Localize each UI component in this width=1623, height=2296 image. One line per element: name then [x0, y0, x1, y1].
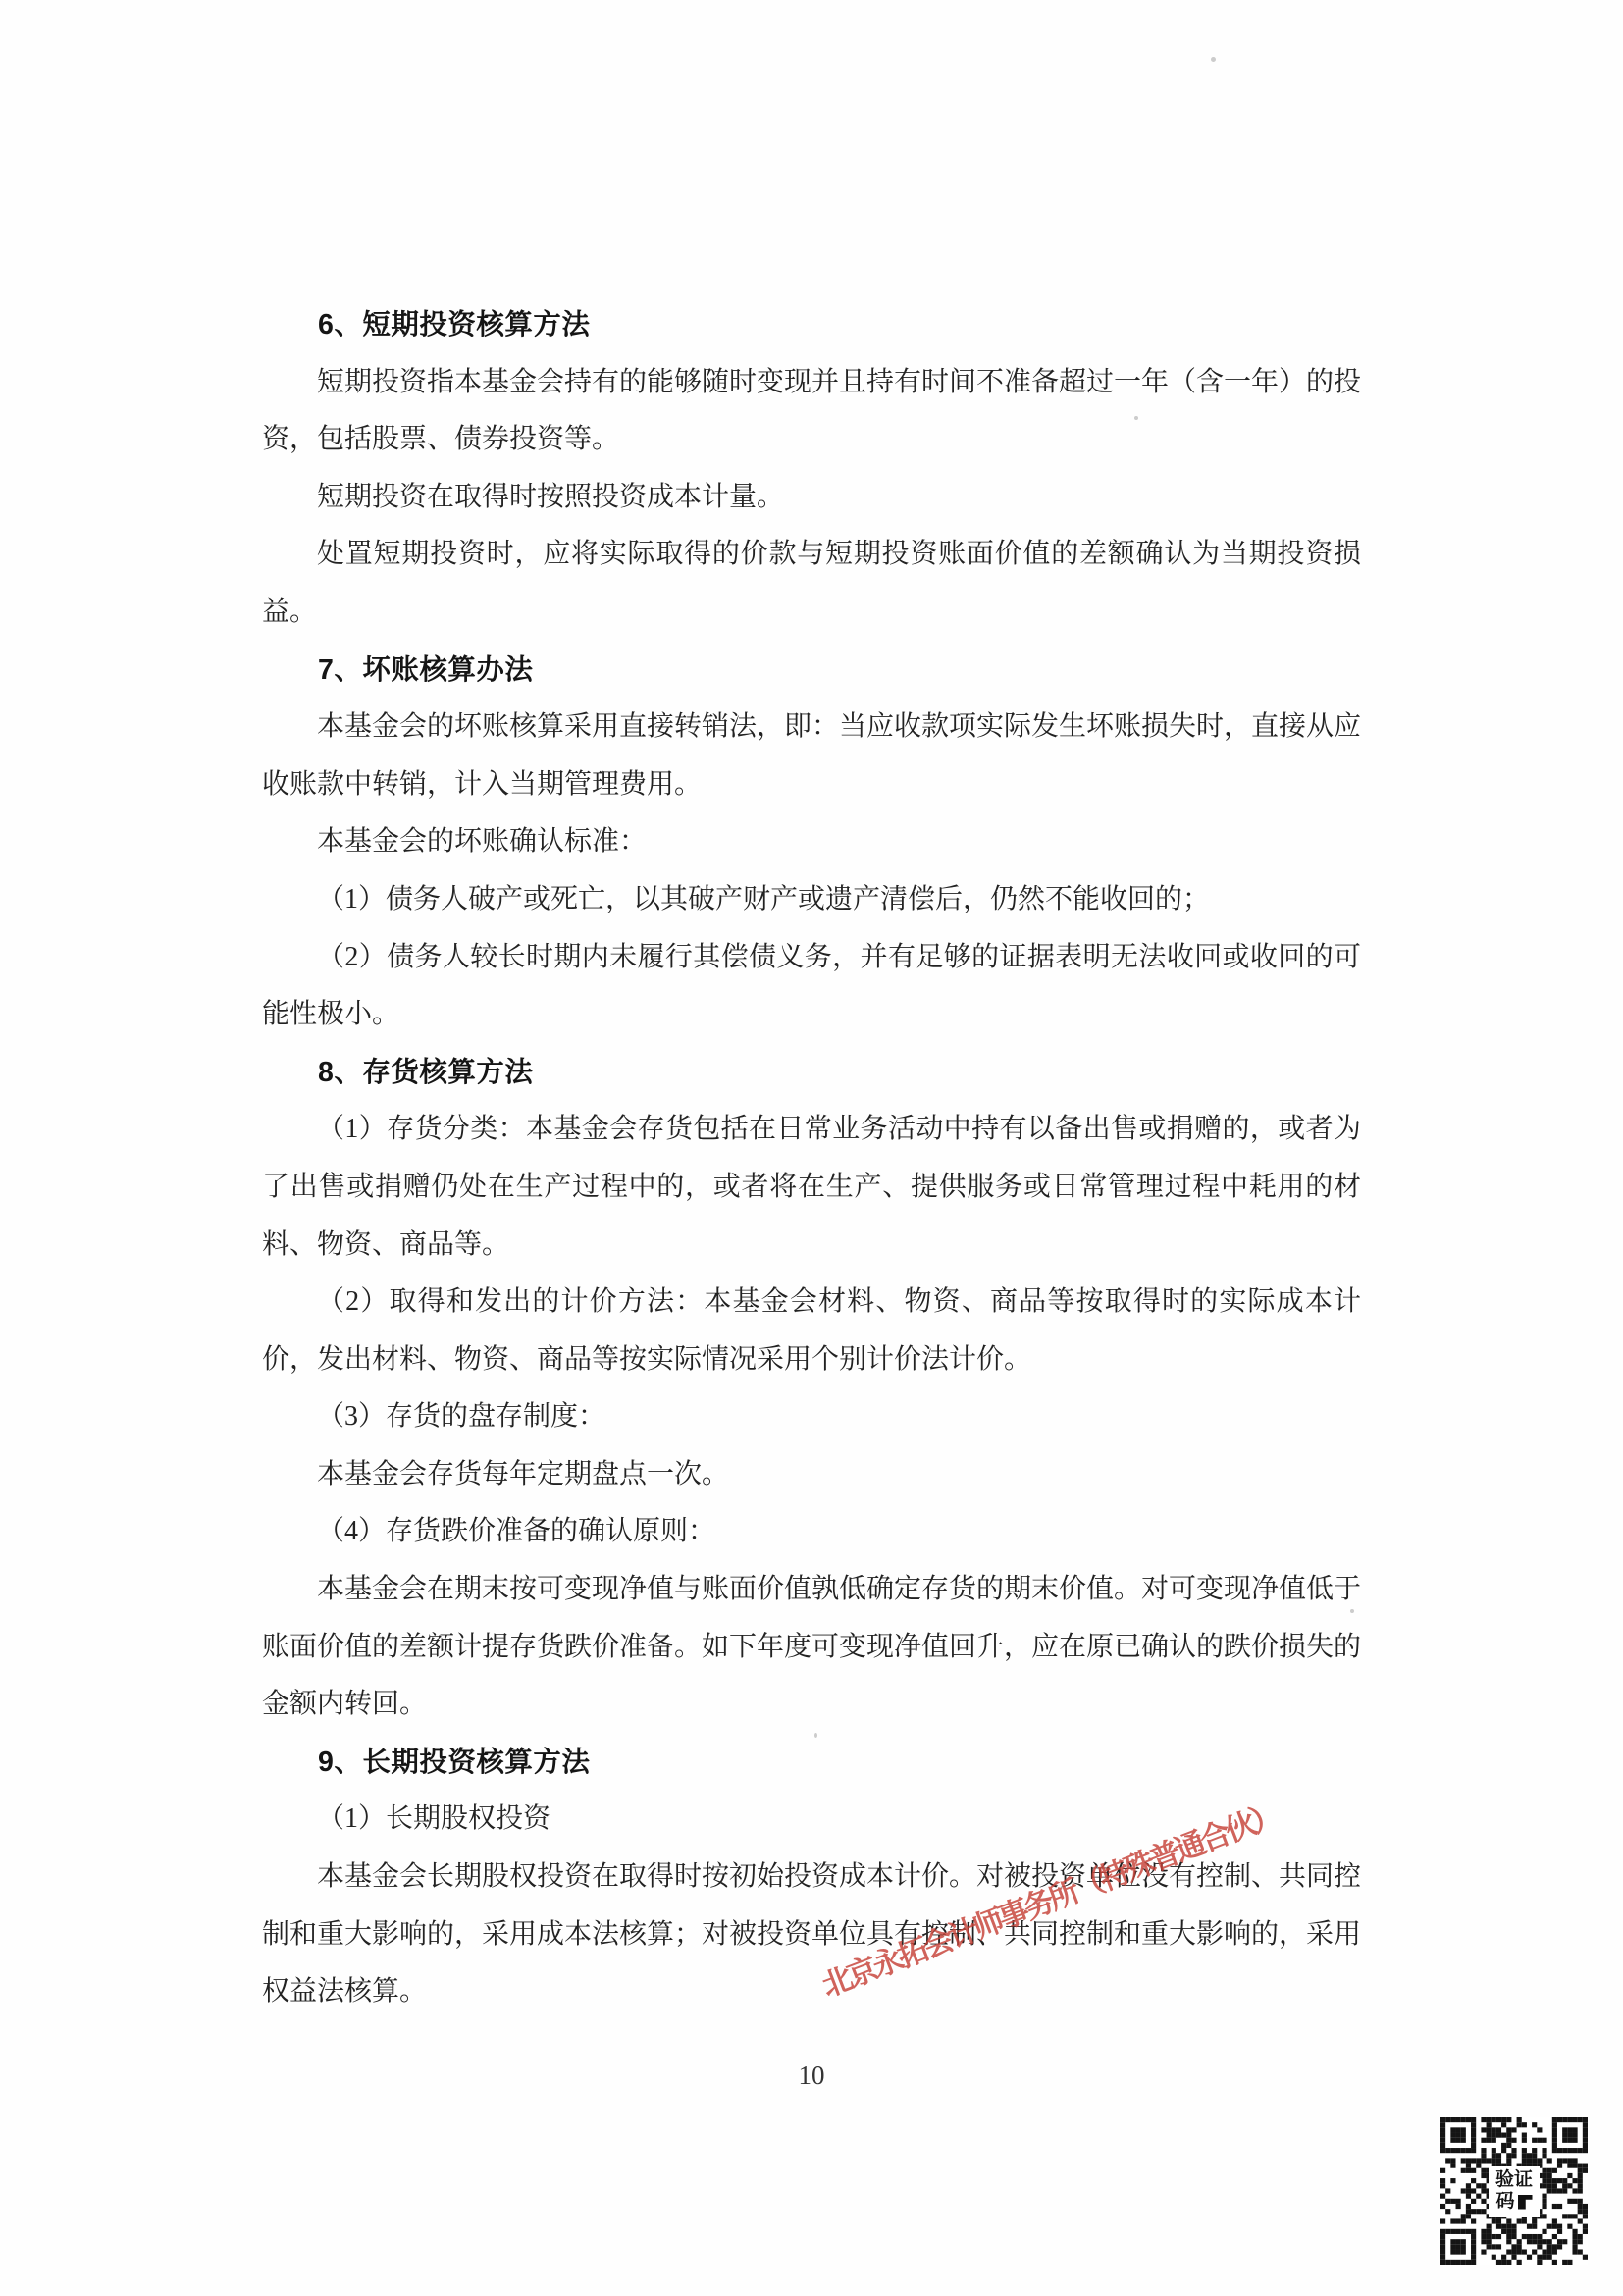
paragraph: 处置短期投资时，应将实际取得的价款与短期投资账面价值的差额确认为当期投资损益。	[262, 526, 1361, 641]
scan-speckle	[1211, 57, 1216, 62]
paragraph: 短期投资指本基金会持有的能够随时变现并且持有时间不准备超过一年（含一年）的投资，…	[262, 354, 1361, 469]
section-heading-7: 7、坏账核算办法	[262, 642, 1361, 700]
paragraph: （1）债务人破产或死亡，以其破产财产或遗产清偿后，仍然不能收回的；	[262, 871, 1361, 929]
page-body: 6、短期投资核算方法 短期投资指本基金会持有的能够随时变现并且持有时间不准备超过…	[262, 296, 1361, 2021]
scan-speckle	[814, 1733, 817, 1738]
paragraph: 短期投资在取得时按照投资成本计量。	[262, 469, 1361, 527]
scan-speckle	[1134, 416, 1138, 420]
page-number: 10	[0, 2061, 1623, 2091]
qr-label-line1: 验证	[1495, 2169, 1533, 2191]
qr-logo-icon	[1518, 2195, 1533, 2210]
paragraph: 本基金会的坏账确认标准：	[262, 813, 1361, 871]
paragraph: （4）存货跌价准备的确认原则：	[262, 1503, 1361, 1561]
qr-code: 验证 码	[1440, 2117, 1588, 2265]
section-heading-8: 8、存货核算方法	[262, 1044, 1361, 1102]
paragraph: （1）存货分类：本基金会存货包括在日常业务活动中持有以备出售或捐赠的，或者为了出…	[262, 1101, 1361, 1274]
paragraph: （2）债务人较长时期内未履行其偿债义务，并有足够的证据表明无法收回或收回的可能性…	[262, 929, 1361, 1044]
scan-speckle	[1350, 1609, 1354, 1613]
paragraph: （3）存货的盘存制度：	[262, 1388, 1361, 1446]
paragraph: 本基金会存货每年定期盘点一次。	[262, 1446, 1361, 1504]
qr-label-line2: 码	[1495, 2191, 1514, 2213]
paragraph: 本基金会长期股权投资在取得时按初始投资成本计价。对被投资单位没有控制、共同控制和…	[262, 1849, 1361, 2021]
document-page: 北京永拓会计师事务所（特殊普通合伙） 6、短期投资核算方法 短期投资指本基金会持…	[0, 0, 1623, 2296]
paragraph: 本基金会在期末按可变现净值与账面价值孰低确定存货的期末价值。对可变现净值低于账面…	[262, 1561, 1361, 1734]
paragraph: 本基金会的坏账核算采用直接转销法，即：当应收款项实际发生坏账损失时，直接从应收账…	[262, 699, 1361, 813]
section-heading-9: 9、长期投资核算方法	[262, 1734, 1361, 1792]
qr-verification-label: 验证 码	[1489, 2166, 1540, 2217]
paragraph: （2）取得和发出的计价方法：本基金会材料、物资、商品等按取得时的实际成本计价，发…	[262, 1274, 1361, 1388]
section-heading-6: 6、短期投资核算方法	[262, 296, 1361, 354]
